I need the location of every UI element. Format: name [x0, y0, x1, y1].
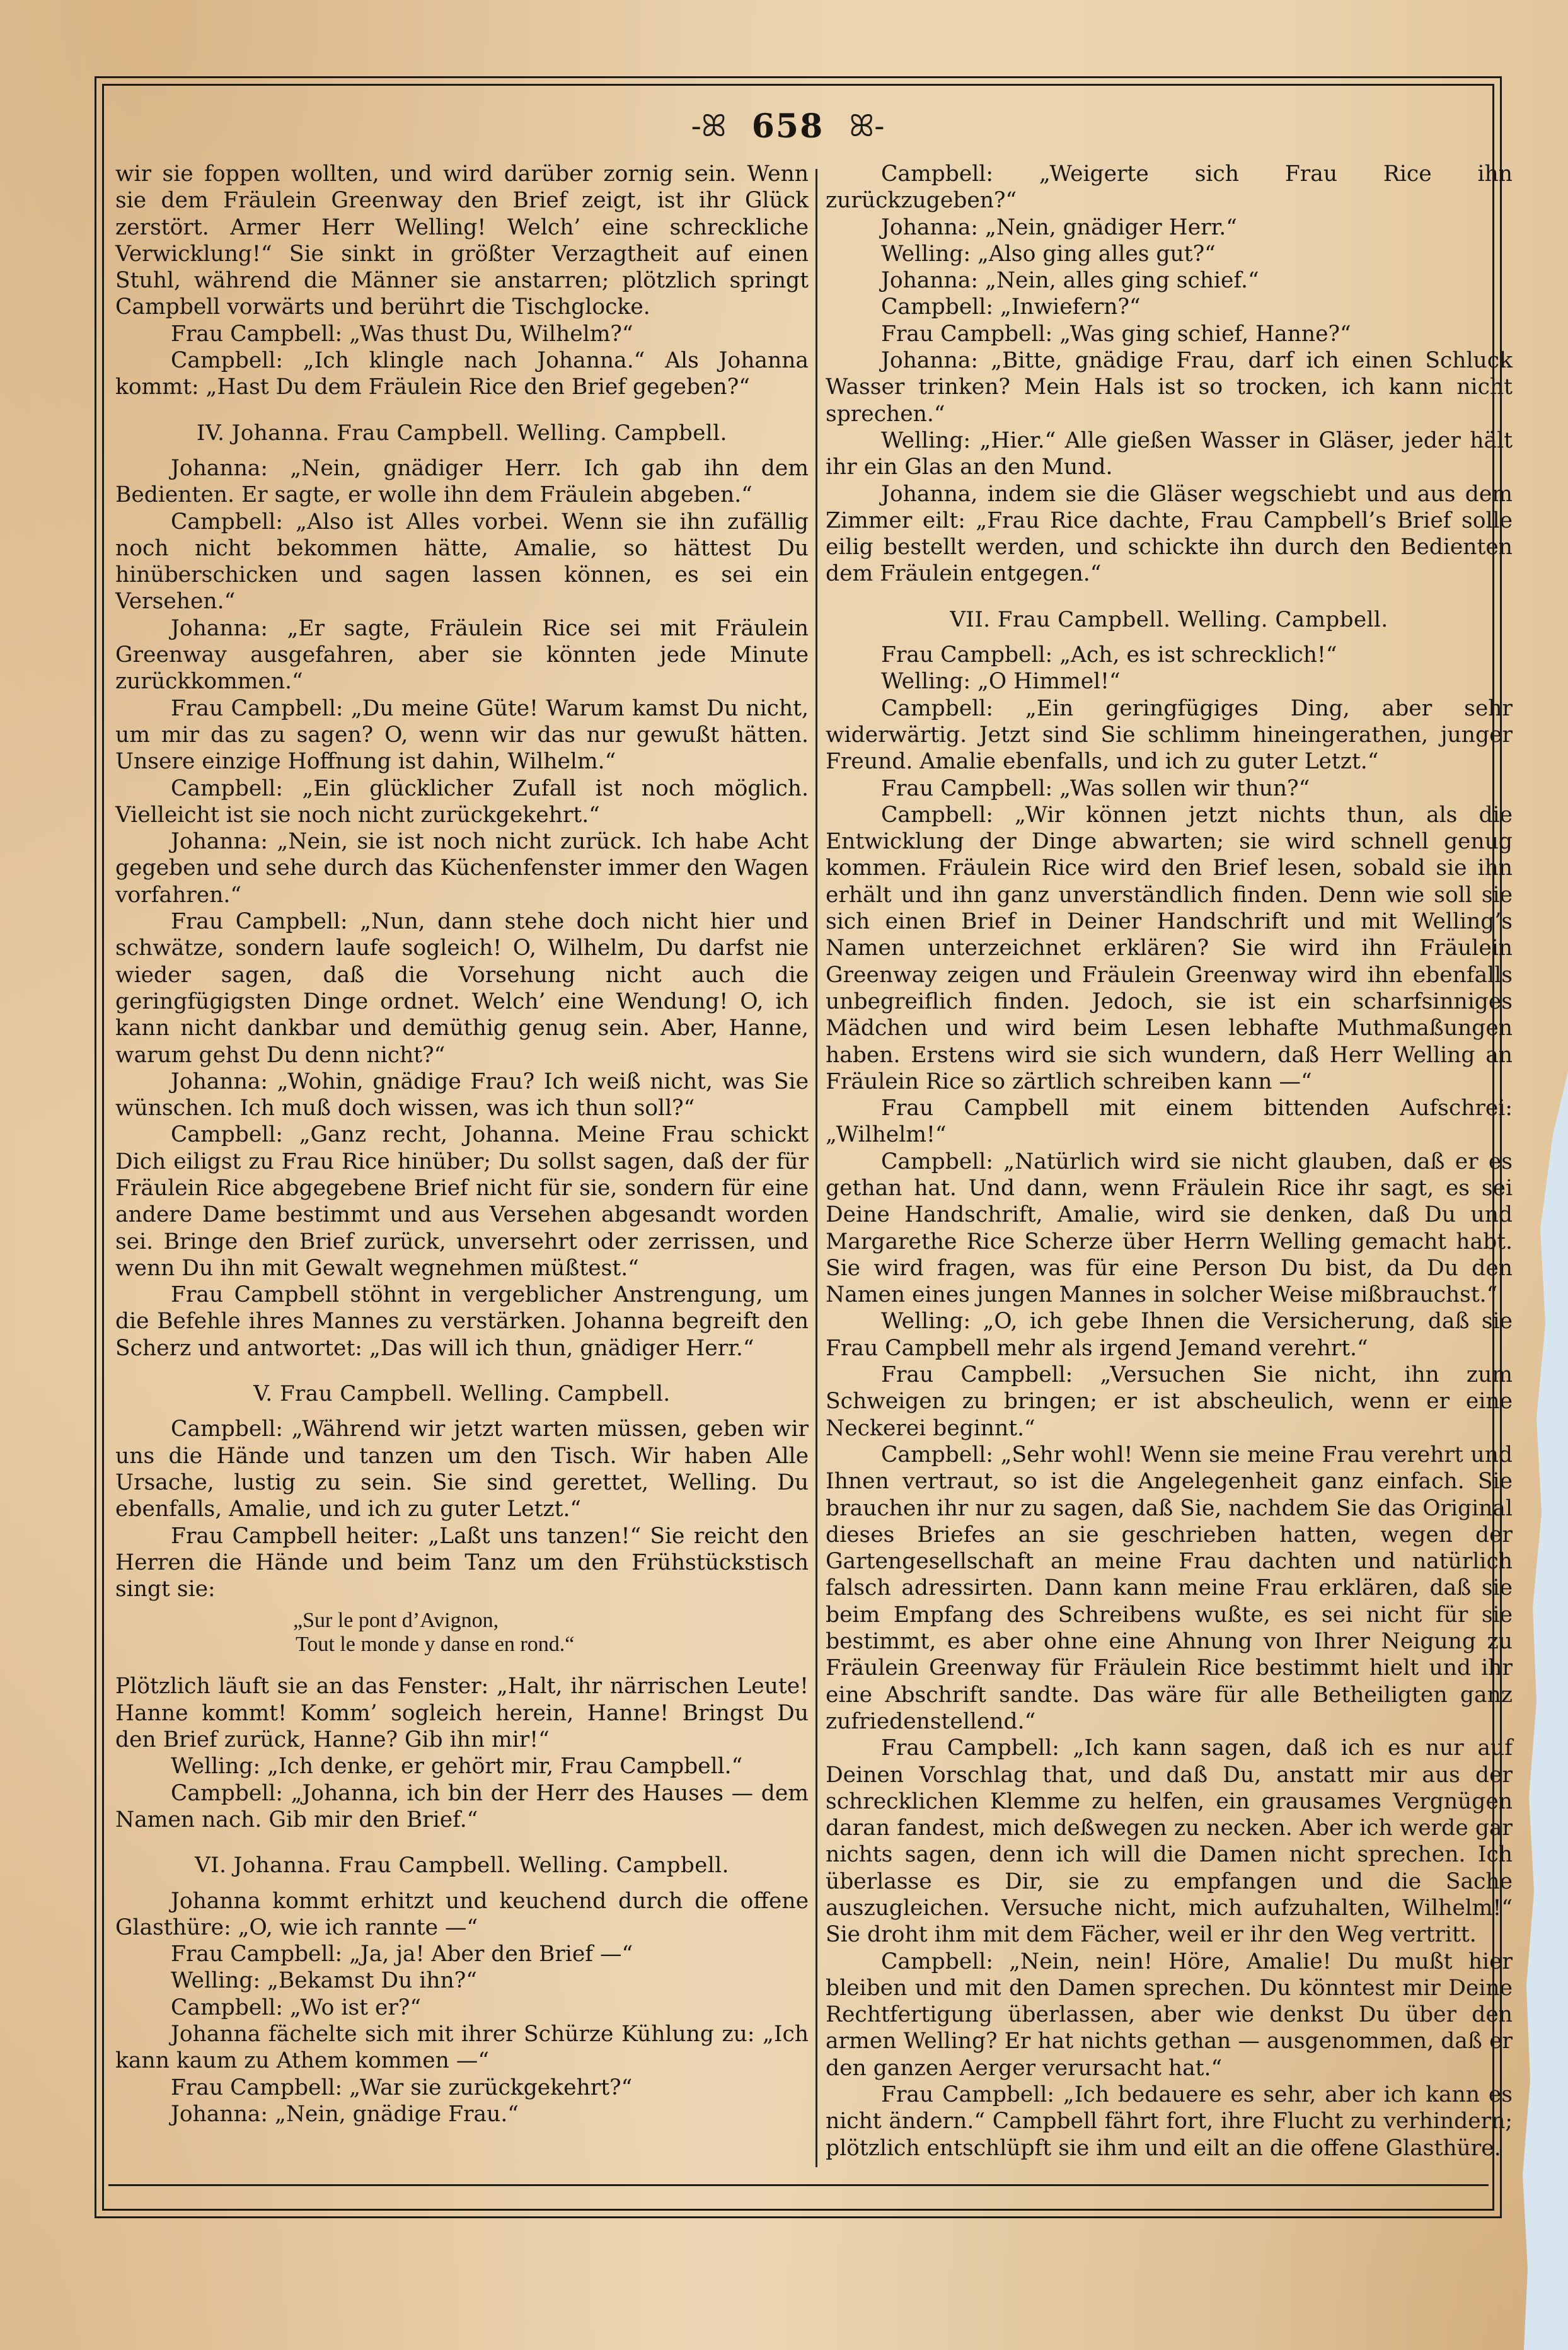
paragraph: Johanna fächelte sich mit ihrer Schürze … — [115, 2021, 809, 2075]
paragraph: Frau Campbell: „Ich bedauere es sehr, ab… — [826, 2081, 1513, 2162]
paragraph: wir sie foppen wollten, und wird darüber… — [115, 161, 809, 321]
left-column: wir sie foppen wollten, und wird darüber… — [115, 161, 809, 2127]
paragraph: Campbell: „Sehr wohl! Wenn sie meine Fra… — [826, 1442, 1513, 1735]
paragraph: Frau Campbell: „Was sollen wir thun?“ — [826, 775, 1513, 802]
paragraph: Johanna: „Nein, gnädiger Herr.“ — [826, 214, 1513, 241]
verse-line: Tout le monde y danse en rond.“ — [293, 1633, 809, 1657]
paragraph: Welling: „Hier.“ Alle gießen Wasser in G… — [826, 427, 1513, 481]
page-number: 658 — [752, 107, 824, 146]
scene-heading-iv: IV. Johanna. Frau Campbell. Welling. Cam… — [115, 420, 809, 446]
paragraph: Welling: „Ich denke, er gehört mir, Frau… — [115, 1753, 809, 1780]
paragraph: Frau Campbell: „War sie zurückgekehrt?“ — [115, 2075, 809, 2101]
paragraph: Frau Campbell heiter: „Laßt uns tanzen!“… — [115, 1523, 809, 1603]
scene-heading-vi: VI. Johanna. Frau Campbell. Welling. Cam… — [115, 1852, 809, 1878]
paragraph: Welling: „Also ging alles gut?“ — [826, 241, 1513, 267]
paragraph: Campbell: „Ich klingle nach Johanna.“ Al… — [115, 347, 809, 401]
paragraph: Campbell: „Nein, nein! Höre, Amalie! Du … — [826, 1948, 1513, 2081]
paragraph: Frau Campbell: „Nun, dann stehe doch nic… — [115, 908, 809, 1068]
song-verse: „Sur le pont d’Avignon, Tout le monde y … — [293, 1609, 809, 1657]
paragraph: Campbell: „Ganz recht, Johanna. Meine Fr… — [115, 1121, 809, 1282]
paragraph: Campbell: „Wir können jetzt nichts thun,… — [826, 802, 1513, 1095]
paragraph: Campbell: „Wo ist er?“ — [115, 1994, 809, 2021]
scene-heading-v: V. Frau Campbell. Welling. Campbell. — [115, 1380, 809, 1407]
paragraph: Campbell: „Natürlich wird sie nicht glau… — [826, 1149, 1513, 1309]
paragraph: Campbell: „Weigerte sich Frau Rice ihn z… — [826, 161, 1513, 214]
page-header: -ꕤ 658 ꕤ- — [693, 101, 882, 151]
paragraph: Johanna, indem sie die Gläser wegschiebt… — [826, 481, 1513, 587]
paragraph: Frau Campbell: „Ja, ja! Aber den Brief —… — [115, 1941, 809, 1967]
paragraph: Johanna: „Nein, gnädiger Herr. Ich gab i… — [115, 455, 809, 509]
paragraph: Campbell: „Also ist Alles vorbei. Wenn s… — [115, 509, 809, 615]
paragraph: Frau Campbell: „Versuchen Sie nicht, ihn… — [826, 1362, 1513, 1442]
verse-line: „Sur le pont d’Avignon, — [293, 1609, 809, 1633]
paragraph: Johanna: „Wohin, gnädige Frau? Ich weiß … — [115, 1068, 809, 1122]
paragraph: Frau Campbell: „Du meine Güte! Warum kam… — [115, 695, 809, 775]
column-divider — [816, 169, 817, 2167]
paragraph: Frau Campbell: „Was thust Du, Wilhelm?“ — [115, 321, 809, 347]
ornament-left-icon: -ꕤ — [691, 111, 727, 141]
paragraph: Frau Campbell stöhnt in vergeblicher Ans… — [115, 1282, 809, 1362]
paragraph: Plötzlich läuft sie an das Fenster: „Hal… — [115, 1673, 809, 1753]
paragraph: Campbell: „Johanna, ich bin der Herr des… — [115, 1780, 809, 1834]
right-column: Campbell: „Weigerte sich Frau Rice ihn z… — [826, 161, 1513, 2162]
paragraph: Campbell: „Inwiefern?“ — [826, 294, 1513, 320]
paragraph: Johanna: „Er sagte, Fräulein Rice sei mi… — [115, 615, 809, 695]
paragraph: Campbell: „Ein geringfügiges Ding, aber … — [826, 695, 1513, 775]
paragraph: Johanna: „Nein, sie ist noch nicht zurüc… — [115, 828, 809, 908]
paragraph: Welling: „O Himmel!“ — [826, 668, 1513, 695]
paragraph: Frau Campbell: „Ich kann sagen, daß ich … — [826, 1735, 1513, 1948]
paragraph: Campbell: „Während wir jetzt warten müss… — [115, 1416, 809, 1522]
paragraph: Campbell: „Ein glücklicher Zufall ist no… — [115, 775, 809, 829]
paragraph: Johanna: „Bitte, gnädige Frau, darf ich … — [826, 347, 1513, 427]
paragraph: Welling: „Bekamst Du ihn?“ — [115, 1967, 809, 1994]
paragraph: Welling: „O, ich gebe Ihnen die Versiche… — [826, 1308, 1513, 1362]
ornament-right-icon: ꕤ- — [849, 111, 884, 141]
paragraph: Frau Campbell mit einem bittenden Aufsch… — [826, 1095, 1513, 1149]
paragraph: Johanna: „Nein, gnädige Frau.“ — [115, 2101, 809, 2127]
bottom-rule — [108, 2184, 1489, 2186]
paragraph: Johanna: „Nein, alles ging schief.“ — [826, 267, 1513, 294]
paragraph: Frau Campbell: „Was ging schief, Hanne?“ — [826, 321, 1513, 347]
scene-heading-vii: VII. Frau Campbell. Welling. Campbell. — [826, 606, 1513, 633]
paragraph: Johanna kommt erhitzt und keuchend durch… — [115, 1888, 809, 1942]
paragraph: Frau Campbell: „Ach, es ist schrecklich!… — [826, 642, 1513, 668]
